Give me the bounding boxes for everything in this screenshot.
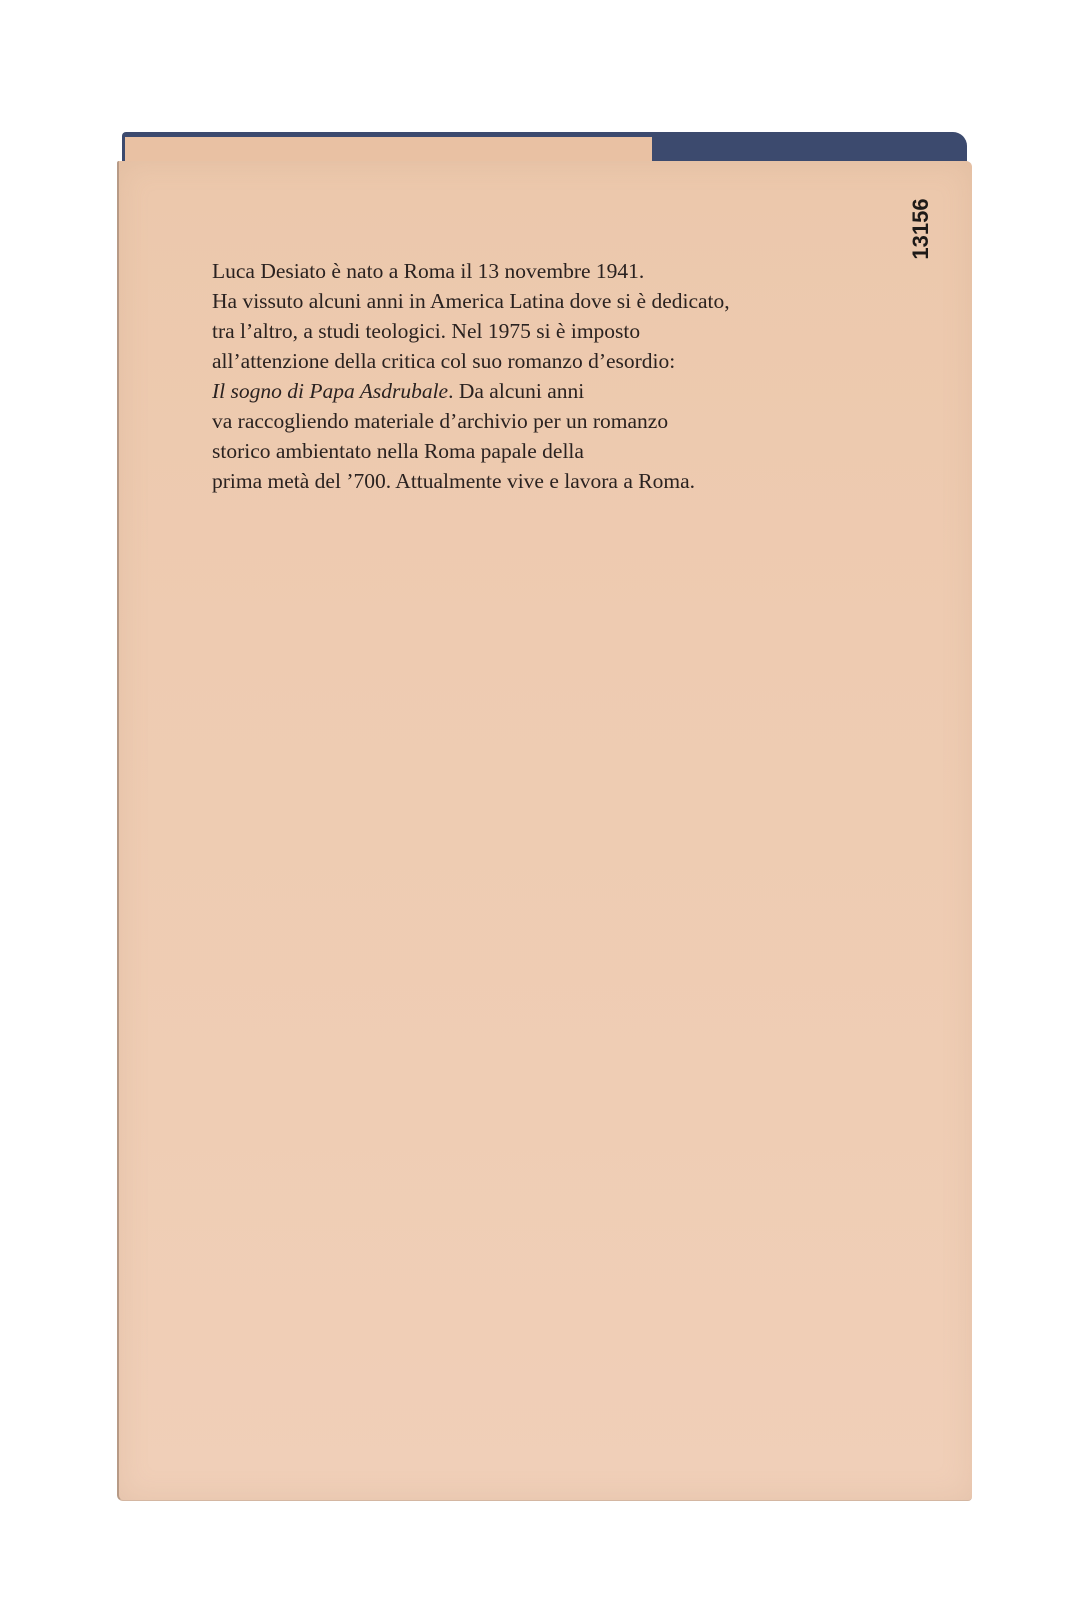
catalog-number: 13156 xyxy=(906,194,936,264)
bio-line: prima metà del ’700. Attualmente vive e … xyxy=(212,466,832,496)
bio-line-rest: . Da alcuni anni xyxy=(448,379,584,403)
bio-line: Luca Desiato è nato a Roma il 13 novembr… xyxy=(212,256,832,286)
bio-line: Il sogno di Papa Asdrubale. Da alcuni an… xyxy=(212,376,832,406)
bio-line: tra l’altro, a studi teologici. Nel 1975… xyxy=(212,316,832,346)
bio-line: all’attenzione della critica col suo rom… xyxy=(212,346,832,376)
novel-title: Il sogno di Papa Asdrubale xyxy=(212,379,448,403)
bio-line: storico ambientato nella Roma papale del… xyxy=(212,436,832,466)
author-bio: Luca Desiato è nato a Roma il 13 novembr… xyxy=(212,256,832,496)
bio-line: va raccogliendo materiale d’archivio per… xyxy=(212,406,832,436)
bio-line: Ha vissuto alcuni anni in America Latina… xyxy=(212,286,832,316)
book-back-cover-photo: 13156 Luca Desiato è nato a Roma il 13 n… xyxy=(0,0,1075,1600)
